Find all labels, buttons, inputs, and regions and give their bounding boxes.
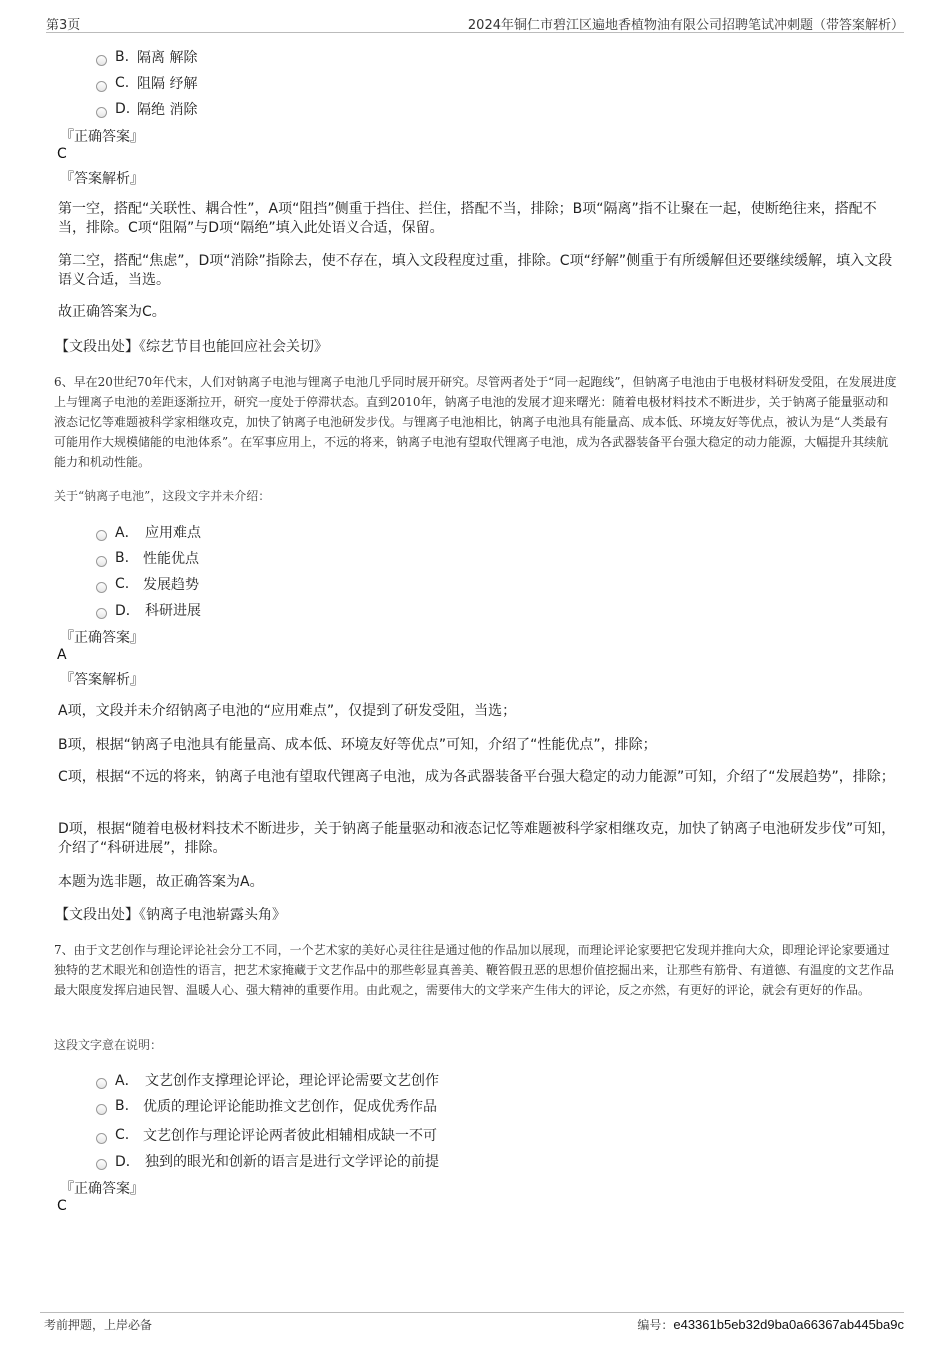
analysis-paragraph: D项，根据“随着电极材料技术不断进步，关于钠离子能量驱动和液态记忆等难题被科学家… bbox=[58, 820, 898, 858]
q5-option-b[interactable]: B. 隔离 解除 bbox=[96, 47, 197, 67]
correct-answer-value: C bbox=[57, 146, 67, 162]
question-text: 早在20世纪70年代末，人们对钠离子电池与锂离子电池几乎同时展开研究。尽管两者处… bbox=[54, 375, 896, 469]
analysis-paragraph: C项，根据“不远的将来，钠离子电池有望取代锂离子电池，成为各武器装备平台强大稳定… bbox=[58, 768, 898, 787]
option-letter: C. bbox=[115, 576, 143, 592]
question-7-stem: 7、由于文艺创作与理论评论社会分工不同，一个艺术家的美好心灵往往是通过他的作品加… bbox=[54, 940, 899, 1000]
option-letter: B. bbox=[115, 1098, 143, 1114]
radio-button-icon[interactable] bbox=[96, 1104, 107, 1115]
option-letter: D. bbox=[115, 101, 137, 117]
option-letter: D． bbox=[115, 600, 145, 620]
question-7-prompt: 这段文字意在说明： bbox=[54, 1036, 162, 1053]
radio-button-icon[interactable] bbox=[96, 582, 107, 593]
q7-option-d[interactable]: D． 独到的眼光和创新的语言是进行文学评论的前提 bbox=[96, 1151, 439, 1171]
radio-button-icon[interactable] bbox=[96, 1159, 107, 1170]
analysis-paragraph: 第一空，搭配“关联性、耦合性”，A项“阻挡”侧重于挡住、拦住，搭配不当，排除；B… bbox=[58, 200, 898, 238]
page-header: 第3页 2024年铜仁市碧江区遍地香植物油有限公司招聘笔试冲刺题（带答案解析） bbox=[46, 14, 904, 33]
radio-button-icon[interactable] bbox=[96, 55, 107, 66]
radio-button-icon[interactable] bbox=[96, 1133, 107, 1144]
analysis-conclusion: 故正确答案为C。 bbox=[58, 303, 898, 322]
option-letter: A． bbox=[115, 522, 145, 542]
option-text: 应用难点 bbox=[145, 522, 201, 542]
q5-option-d[interactable]: D. 隔绝 消除 bbox=[96, 99, 197, 119]
question-number: 6、 bbox=[54, 375, 74, 389]
document-id: 编号：e43361b5eb32d9ba0a66367ab445ba9c bbox=[637, 1316, 904, 1333]
footer-slogan: 考前押题，上岸必备 bbox=[44, 1316, 152, 1333]
correct-answer-value: C bbox=[57, 1198, 67, 1214]
radio-button-icon[interactable] bbox=[96, 1078, 107, 1089]
option-letter: B. bbox=[115, 49, 137, 65]
document-title: 2024年铜仁市碧江区遍地香植物油有限公司招聘笔试冲刺题（带答案解析） bbox=[468, 14, 904, 33]
option-text: 发展趋势 bbox=[143, 574, 199, 594]
analysis-label: 『答案解析』 bbox=[60, 669, 144, 689]
option-text: 隔绝 消除 bbox=[137, 99, 197, 119]
document-id-value: e43361b5eb32d9ba0a66367ab445ba9c bbox=[673, 1317, 904, 1332]
correct-answer-label: 『正确答案』 bbox=[60, 1178, 144, 1198]
option-text: 文艺创作支撑理论评论，理论评论需要文艺创作 bbox=[145, 1070, 439, 1090]
source-citation: 【文段出处】《综艺节目也能回应社会关切》 bbox=[55, 338, 895, 357]
analysis-paragraph: 第二空，搭配“焦虑”，D项“消除”指除去，使不存在，填入文段程度过重，排除。C项… bbox=[58, 252, 898, 290]
question-6-prompt: 关于“钠离子电池”，这段文字并未介绍： bbox=[54, 487, 270, 504]
option-text: 优质的理论评论能助推文艺创作，促成优秀作品 bbox=[143, 1096, 437, 1116]
option-text: 隔离 解除 bbox=[137, 47, 197, 67]
question-text: 由于文艺创作与理论评论社会分工不同，一个艺术家的美好心灵往往是通过他的作品加以展… bbox=[54, 943, 894, 997]
page-footer: 考前押题，上岸必备 编号：e43361b5eb32d9ba0a66367ab44… bbox=[40, 1312, 904, 1315]
option-letter: D． bbox=[115, 1151, 145, 1171]
radio-button-icon[interactable] bbox=[96, 81, 107, 92]
source-citation: 【文段出处】《钠离子电池崭露头角》 bbox=[55, 906, 895, 925]
document-id-label: 编号： bbox=[637, 1318, 673, 1332]
option-letter: C. bbox=[115, 1127, 143, 1143]
option-text: 科研进展 bbox=[145, 600, 201, 620]
q5-option-c[interactable]: C. 阻隔 纾解 bbox=[96, 73, 197, 93]
option-text: 阻隔 纾解 bbox=[137, 73, 197, 93]
q7-option-a[interactable]: A． 文艺创作支撑理论评论，理论评论需要文艺创作 bbox=[96, 1070, 439, 1090]
page-number: 第3页 bbox=[46, 14, 80, 33]
correct-answer-value: A bbox=[57, 647, 67, 663]
option-letter: C. bbox=[115, 75, 137, 91]
q7-option-b[interactable]: B. 优质的理论评论能助推文艺创作，促成优秀作品 bbox=[96, 1096, 437, 1116]
option-letter: B. bbox=[115, 550, 143, 566]
analysis-paragraph: A项，文段并未介绍钠离子电池的“应用难点”，仅提到了研发受阻，当选； bbox=[58, 702, 898, 721]
q6-option-c[interactable]: C. 发展趋势 bbox=[96, 574, 199, 594]
analysis-conclusion: 本题为选非题，故正确答案为A。 bbox=[58, 873, 898, 892]
correct-answer-label: 『正确答案』 bbox=[60, 126, 144, 146]
correct-answer-label: 『正确答案』 bbox=[60, 627, 144, 647]
q7-option-c[interactable]: C. 文艺创作与理论评论两者彼此相辅相成缺一不可 bbox=[96, 1125, 437, 1145]
radio-button-icon[interactable] bbox=[96, 608, 107, 619]
q6-option-b[interactable]: B. 性能优点 bbox=[96, 548, 199, 568]
option-letter: A． bbox=[115, 1070, 145, 1090]
option-text: 独到的眼光和创新的语言是进行文学评论的前提 bbox=[145, 1151, 439, 1171]
radio-button-icon[interactable] bbox=[96, 107, 107, 118]
question-6-stem: 6、早在20世纪70年代末，人们对钠离子电池与锂离子电池几乎同时展开研究。尽管两… bbox=[54, 372, 899, 472]
option-text: 文艺创作与理论评论两者彼此相辅相成缺一不可 bbox=[143, 1125, 437, 1145]
analysis-paragraph: B项，根据“钠离子电池具有能量高、成本低、环境友好等优点”可知，介绍了“性能优点… bbox=[58, 736, 898, 755]
analysis-label: 『答案解析』 bbox=[60, 168, 144, 188]
radio-button-icon[interactable] bbox=[96, 556, 107, 567]
question-number: 7、 bbox=[54, 943, 74, 957]
q6-option-a[interactable]: A． 应用难点 bbox=[96, 522, 201, 542]
option-text: 性能优点 bbox=[143, 548, 199, 568]
radio-button-icon[interactable] bbox=[96, 530, 107, 541]
q6-option-d[interactable]: D． 科研进展 bbox=[96, 600, 201, 620]
